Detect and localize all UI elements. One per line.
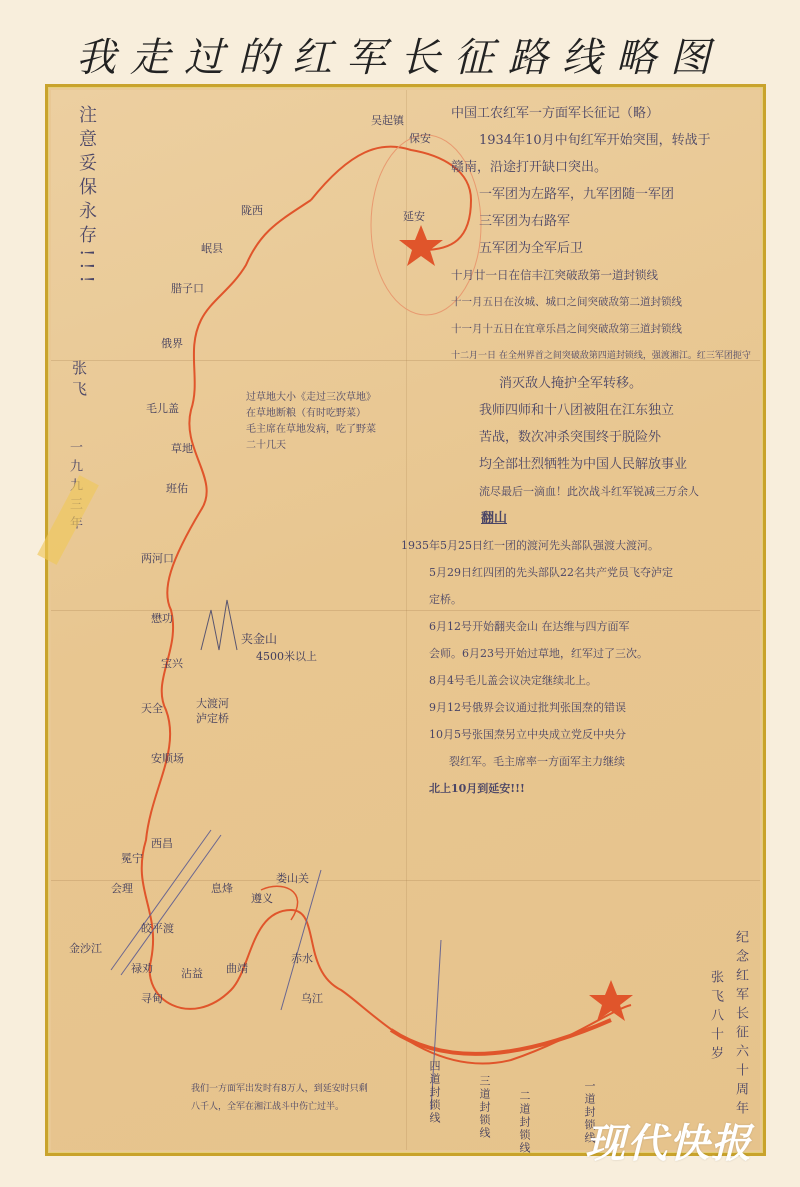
- place-label: 皎平渡: [141, 920, 174, 936]
- place-label: 禄劝: [131, 960, 153, 976]
- place-label: 乌江: [301, 990, 323, 1006]
- place-label: 安顺场: [151, 750, 184, 766]
- mountain-height: 4500米以上: [256, 648, 317, 664]
- place-label: 遵义: [251, 890, 273, 906]
- place-label: 天全: [141, 700, 163, 716]
- place-label: 冕宁: [121, 850, 143, 866]
- newspaper-watermark: 现代快报: [585, 1112, 753, 1169]
- place-label: 腊子口: [171, 280, 204, 296]
- place-label: 会理: [111, 880, 133, 896]
- place-label: 泸定桥: [196, 710, 229, 726]
- place-label: 两河口: [141, 550, 174, 566]
- place-label: 吴起镇: [371, 112, 404, 128]
- place-label: 息烽: [211, 880, 233, 896]
- place-label: 草地: [171, 440, 193, 456]
- place-label: 娄山关: [276, 870, 309, 886]
- place-label: 延安: [403, 208, 425, 224]
- section-label: 翻山: [451, 505, 751, 532]
- grassland-note: 过草地大小《走过三次草地》 在草地断粮（有时吃野菜） 毛主席在草地发病，吃了野菜…: [246, 390, 376, 454]
- place-label: 大渡河: [196, 695, 229, 711]
- blockade-label: 二道封锁线: [516, 1090, 532, 1155]
- place-label: 西昌: [151, 835, 173, 851]
- page-title: 我走过的红军长征路线略图: [0, 26, 800, 83]
- blockade-label: 三道封锁线: [476, 1075, 492, 1140]
- place-label: 宝兴: [161, 655, 183, 671]
- left-signature: 张飞: [69, 360, 90, 402]
- framed-map: 注意妥保永存!!! 张飞 一九九三年 中国工农红军一方面军长征记（略） 1934…: [45, 84, 766, 1156]
- commemoration-note: 纪念红军长征六十周年: [731, 930, 750, 1120]
- place-label: 保安: [409, 130, 431, 146]
- right-signature: 张飞八十岁: [706, 970, 725, 1065]
- place-label: 陇西: [241, 202, 263, 218]
- preserve-note: 注意妥保永存!!!: [73, 105, 99, 289]
- place-label: 沾益: [181, 965, 203, 981]
- notes-heading: 中国工农红军一方面军长征记（略）: [451, 100, 751, 127]
- place-label: 毛儿盖: [146, 400, 179, 416]
- casualty-note: 我们一方面军出发时有8万人，到延安时只剩 八千人，全军在湘江战斗中伤亡过半。: [191, 1080, 368, 1116]
- river-label: 金沙江: [69, 940, 102, 956]
- blockade-label: 四道封锁线: [426, 1060, 442, 1125]
- place-label: 俄界: [161, 335, 183, 351]
- snow-mountain-label: 夹金山: [241, 630, 277, 647]
- place-label: 寻甸: [141, 990, 163, 1006]
- map-paper: 注意妥保永存!!! 张飞 一九九三年 中国工农红军一方面军长征记（略） 1934…: [51, 90, 760, 1150]
- place-label: 班佑: [166, 480, 188, 496]
- place-label: 岷县: [201, 240, 223, 256]
- place-label: 懋功: [151, 610, 173, 626]
- place-label: 赤水: [291, 950, 313, 966]
- march-notes: 中国工农红军一方面军长征记（略） 1934年10月中旬红军开始突围，转战于 赣南…: [451, 100, 751, 802]
- place-label: 曲靖: [226, 960, 248, 976]
